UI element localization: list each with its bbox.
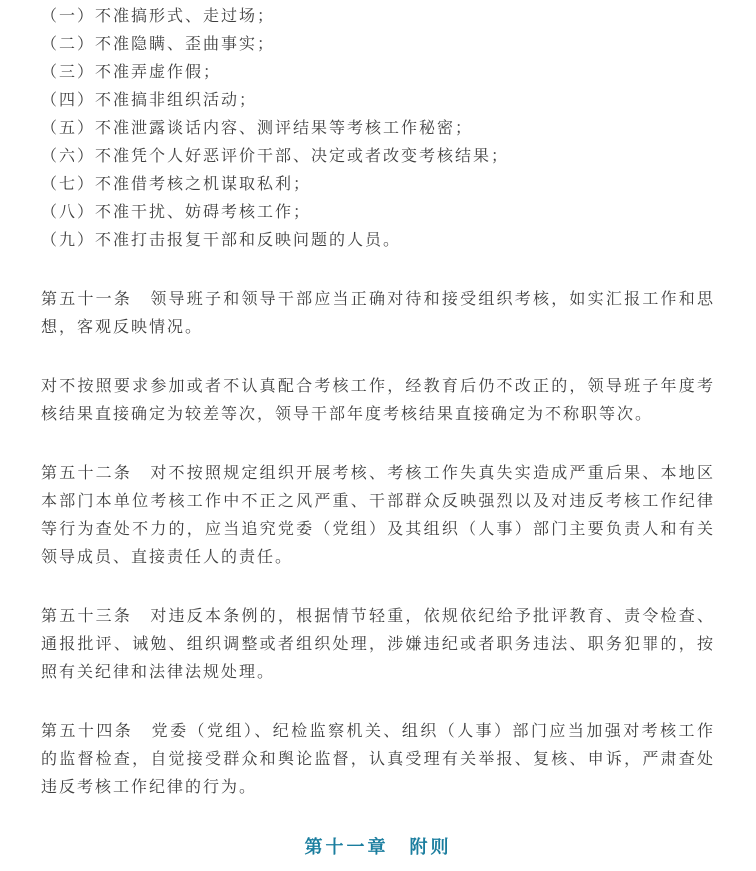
article-paragraphs: 第五十一条 领导班子和领导干部应当正确对待和接受组织考核，如实汇报工作和思想，客…	[41, 286, 715, 802]
article-paragraph: 第五十四条 党委（党组）、纪检监察机关、组织（人事）部门应当加强对考核工作的监督…	[41, 718, 715, 802]
article-paragraph: 对不按照要求参加或者不认真配合考核工作，经教育后仍不改正的，领导班子年度考核结果…	[41, 373, 715, 429]
prohibition-list-item: （二）不准隐瞒、歪曲事实；	[41, 31, 715, 59]
chapter-heading: 第十一章 附则	[41, 833, 715, 861]
prohibition-list-item: （五）不准泄露谈话内容、测评结果等考核工作秘密；	[41, 115, 715, 143]
prohibition-list-item: （六）不准凭个人好恶评价干部、决定或者改变考核结果；	[41, 143, 715, 171]
article-paragraph: 第五十二条 对不按照规定组织开展考核、考核工作失真失实造成严重后果、本地区本部门…	[41, 460, 715, 572]
article-paragraph: 第五十三条 对违反本条例的，根据情节轻重，依规依纪给予批评教育、责令检查、通报批…	[41, 603, 715, 687]
prohibition-list-item: （三）不准弄虚作假；	[41, 59, 715, 87]
prohibition-list-item: （八）不准干扰、妨碍考核工作；	[41, 199, 715, 227]
document-body: （一）不准搞形式、走过场；（二）不准隐瞒、歪曲事实；（三）不准弄虚作假；（四）不…	[0, 0, 756, 871]
prohibition-list-item: （一）不准搞形式、走过场；	[41, 3, 715, 31]
prohibition-list: （一）不准搞形式、走过场；（二）不准隐瞒、歪曲事实；（三）不准弄虚作假；（四）不…	[41, 3, 715, 255]
prohibition-list-item: （七）不准借考核之机谋取私利；	[41, 171, 715, 199]
prohibition-list-item: （九）不准打击报复干部和反映问题的人员。	[41, 227, 715, 255]
prohibition-list-item: （四）不准搞非组织活动；	[41, 87, 715, 115]
article-paragraph: 第五十一条 领导班子和领导干部应当正确对待和接受组织考核，如实汇报工作和思想，客…	[41, 286, 715, 342]
